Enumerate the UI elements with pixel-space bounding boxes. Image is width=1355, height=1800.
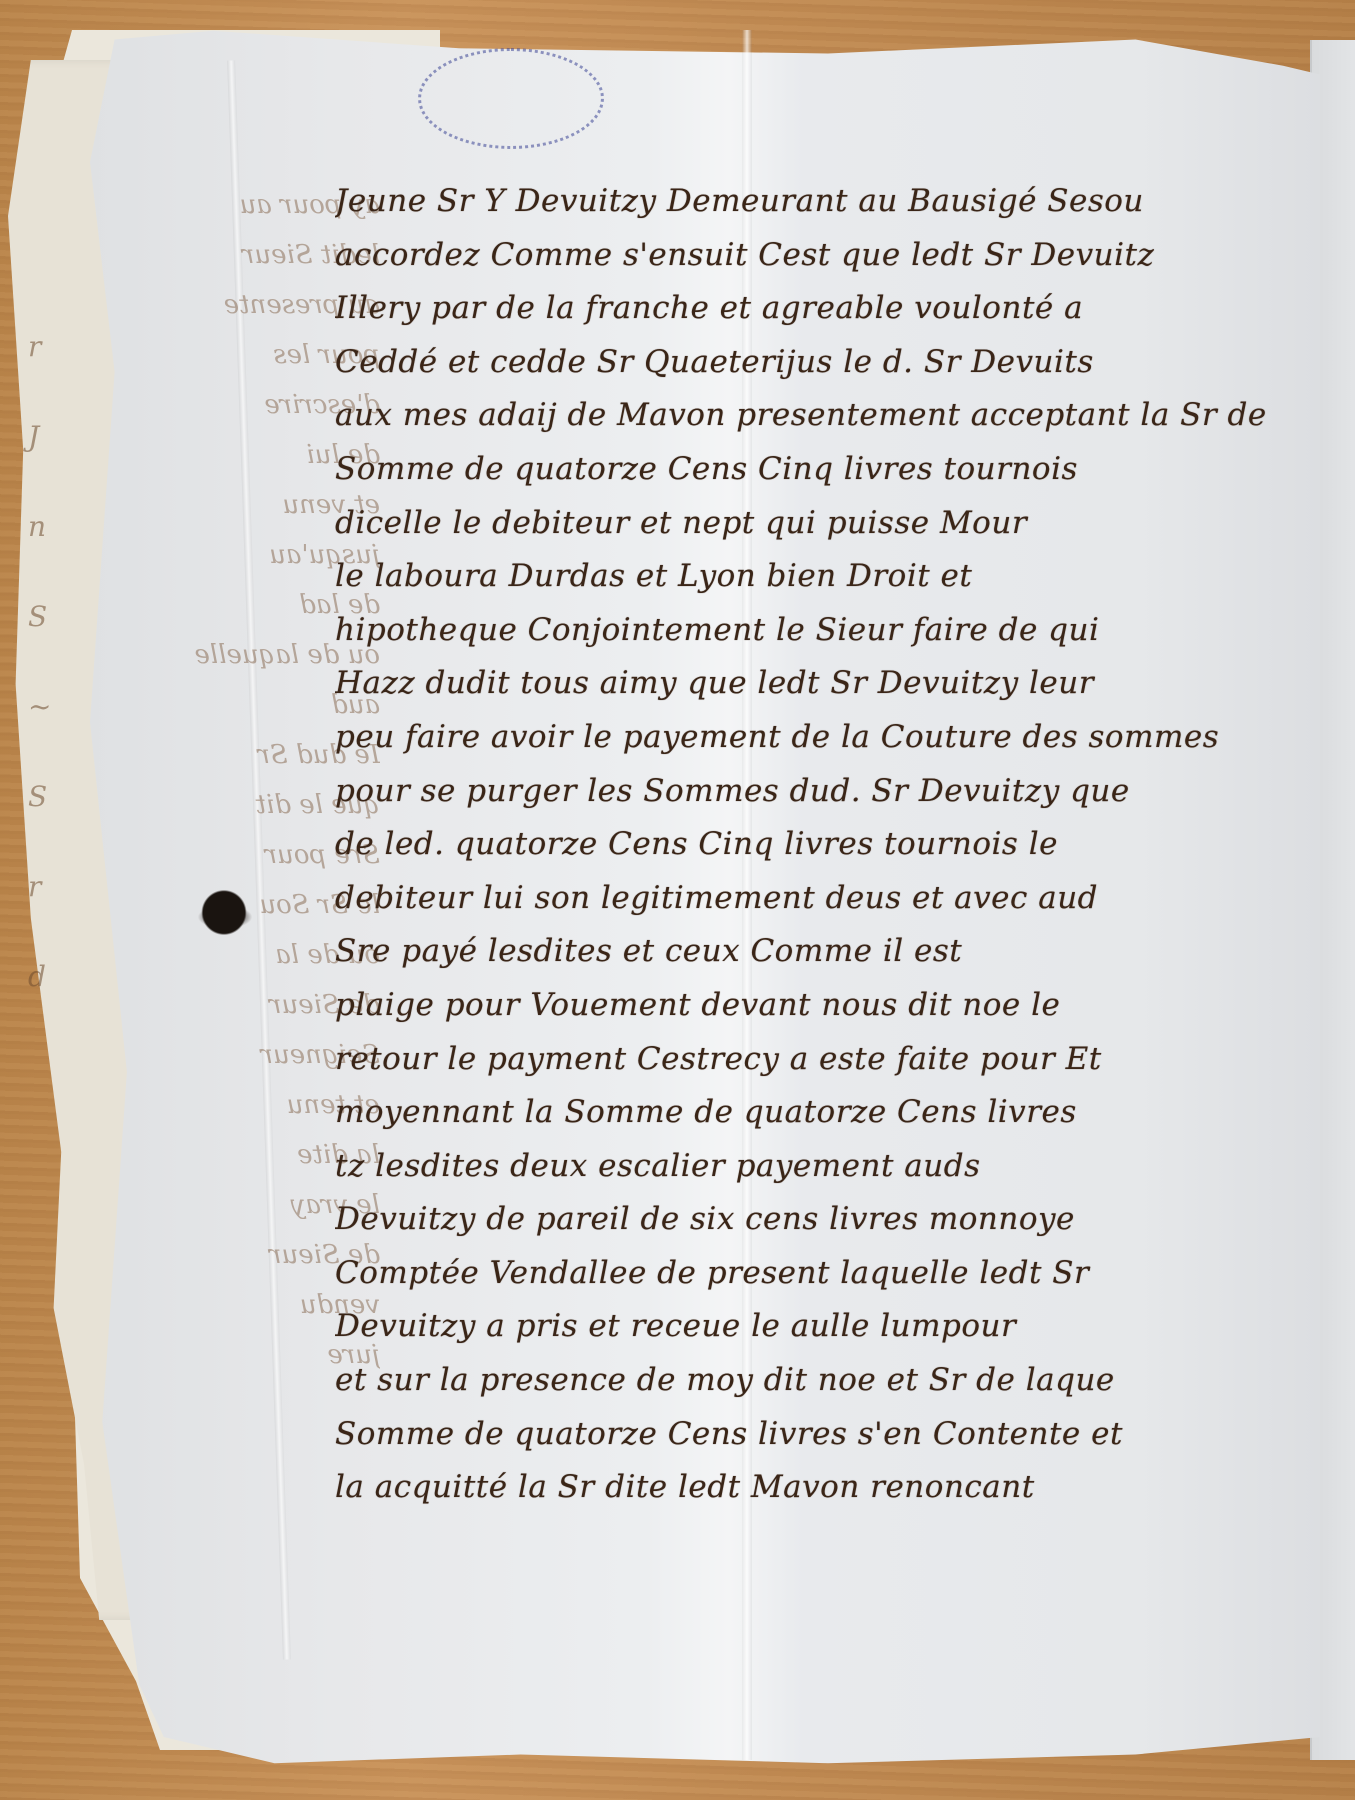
manuscript-line: tz lesdites deux escalier payement auds [335,1140,1315,1194]
manuscript-line: hipotheque Conjointement le Sieur faire … [335,604,1315,658]
manuscript-line: Hazz dudit tous aimy que ledt Sr Devuitz… [335,657,1315,711]
margin-mark: d [28,960,68,1050]
manuscript-line: Sre payé lesdites et ceux Comme il est [335,925,1315,979]
manuscript-line: pour se purger les Sommes dud. Sr Devuit… [335,765,1315,819]
manuscript-line: la acquitté la Sr dite ledt Mavon renonc… [335,1461,1315,1515]
margin-mark: S [28,600,68,690]
manuscript-line: Illery par de la franche et agreable vou… [335,282,1315,336]
margin-mark: S [28,780,68,870]
manuscript-line: dicelle le debiteur et nept qui puisse M… [335,497,1315,551]
manuscript-line: debiteur lui son legitimement deus et av… [335,872,1315,926]
archive-stamp-oval [418,48,604,149]
manuscript-line: peu faire avoir le payement de la Coutur… [335,711,1315,765]
handwritten-text-block: Jeune Sr Y Devuitzy Demeurant au Bausigé… [335,175,1315,1515]
manuscript-line: Somme de quatorze Cens livres s'en Conte… [335,1408,1315,1462]
manuscript-line: et sur la presence de moy dit noe et Sr … [335,1354,1315,1408]
manuscript-line: plaige pour Vouement devant nous dit noe… [335,979,1315,1033]
margin-mark: n [28,510,68,600]
manuscript-line: le laboura Durdas et Lyon bien Droit et [335,550,1315,604]
manuscript-line: retour le payment Cestrecy a este faite … [335,1033,1315,1087]
manuscript-line: moyennant la Somme de quatorze Cens livr… [335,1086,1315,1140]
manuscript-line: Devuitzy a pris et receue le aulle lumpo… [335,1300,1315,1354]
manuscript-line: Somme de quatorze Cens Cinq livres tourn… [335,443,1315,497]
manuscript-line: Ceddé et cedde Sr Quaeterijus le d. Sr D… [335,336,1315,390]
manuscript-line: Devuitzy de pareil de six cens livres mo… [335,1193,1315,1247]
manuscript-line: aux mes adaij de Mavon presentement acce… [335,389,1315,443]
manuscript-line: de led. quatorze Cens Cinq livres tourno… [335,818,1315,872]
margin-mark: r [28,330,68,420]
manuscript-line: accordez Comme s'ensuit Cest que ledt Sr… [335,229,1315,283]
ink-blot [198,890,250,940]
left-margin-marks: r J n S ~ S r d [28,330,68,1050]
manuscript-line: Comptée Vendallee de present laquelle le… [335,1247,1315,1301]
manuscript-line: Jeune Sr Y Devuitzy Demeurant au Bausigé… [335,175,1315,229]
margin-mark: r [28,870,68,960]
margin-mark: ~ [28,690,68,780]
margin-mark: J [28,420,68,510]
